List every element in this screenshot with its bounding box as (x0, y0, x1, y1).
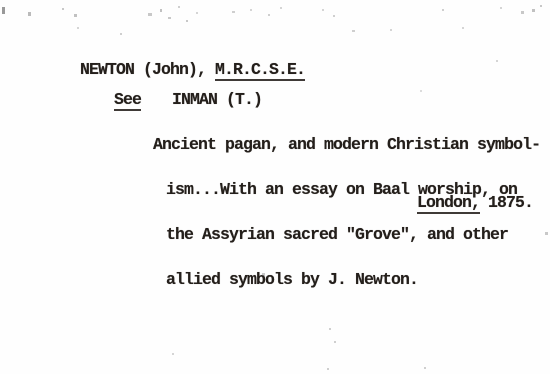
scan-speck (280, 7, 282, 9)
see-label: See (114, 90, 141, 111)
scan-speck (178, 6, 180, 8)
scan-speck (148, 13, 152, 16)
scan-speck (521, 11, 524, 14)
scan-speck (172, 353, 174, 355)
description-line-4: allied symbols by J. Newton. (166, 272, 540, 287)
scan-speck (424, 367, 426, 369)
scan-speck (545, 232, 548, 235)
scan-speck (540, 5, 542, 7)
scan-speck (262, 273, 265, 276)
scan-speck (77, 27, 79, 29)
scan-speck (329, 328, 331, 330)
scan-speck (74, 14, 77, 17)
scan-speck (532, 9, 535, 12)
scan-speck (28, 12, 31, 16)
scan-speck (390, 29, 392, 31)
imprint-year: 1875. (488, 193, 533, 212)
scan-speck (62, 8, 64, 10)
scan-speck (250, 9, 252, 11)
scan-speck (196, 12, 198, 14)
scan-speck (420, 90, 422, 92)
imprint-line: London,1875. (381, 180, 533, 225)
scan-speck (334, 341, 336, 343)
scan-speck (186, 20, 188, 22)
imprint-place: London, (417, 193, 480, 214)
scan-speck (500, 7, 502, 9)
scan-speck (322, 9, 324, 11)
scan-speck (168, 17, 171, 19)
scan-speck (462, 27, 464, 29)
scan-speck (160, 9, 162, 12)
scan-speck (352, 30, 355, 32)
description-line-1: Ancient pagan, and modern Christian symb… (153, 137, 540, 152)
scan-speck (268, 14, 270, 16)
scan-speck (333, 15, 335, 17)
scan-speck (496, 60, 498, 62)
scan-speck (2, 7, 5, 14)
description-line-3: the Assyrian sacred "Grove", and other (166, 227, 540, 242)
scan-speck (327, 368, 329, 370)
scan-speck (232, 11, 235, 13)
catalog-card-scan: NEWTON (John), M.R.C.S.E. SeeINMAN (T.) … (0, 0, 550, 374)
scan-speck (120, 33, 122, 35)
scan-speck (442, 9, 444, 11)
